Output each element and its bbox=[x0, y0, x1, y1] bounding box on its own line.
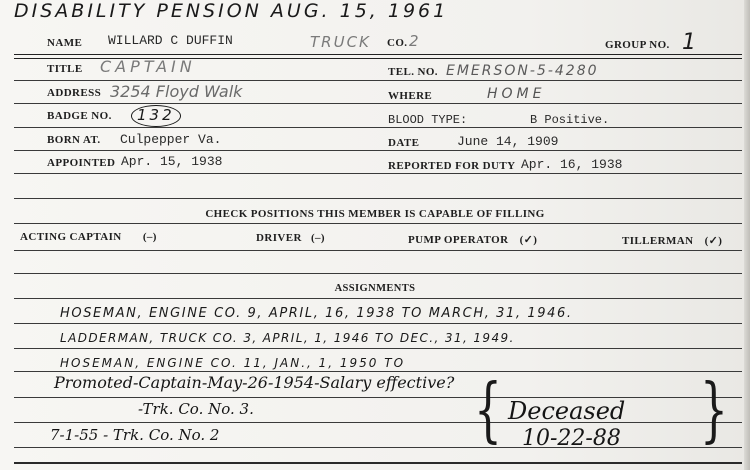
born-at-value: Culpepper Va. bbox=[120, 132, 221, 147]
assignment-entry: -Trk. Co. No. 3. bbox=[138, 400, 254, 418]
address-value: 3254 Floyd Walk bbox=[110, 82, 242, 101]
rule bbox=[14, 348, 742, 349]
rule bbox=[14, 371, 742, 372]
date-label: DATE bbox=[388, 137, 419, 149]
position-label: DRIVER bbox=[256, 232, 302, 244]
company-label: CO. bbox=[387, 37, 407, 49]
company-unit-value: TRUCK bbox=[310, 33, 371, 51]
rule bbox=[14, 127, 742, 128]
position-acting-captain: ACTING CAPTAIN (–) bbox=[20, 231, 157, 243]
rule bbox=[14, 223, 742, 224]
badge-value: 132 bbox=[137, 106, 175, 124]
tel-label: TEL. NO. bbox=[388, 66, 438, 78]
appointed-label: APPOINTED bbox=[47, 157, 115, 169]
reported-value: Apr. 16, 1938 bbox=[521, 157, 622, 172]
group-label: GROUP NO. bbox=[605, 39, 670, 51]
position-check-mark: (–) bbox=[311, 232, 325, 244]
badge-label: BADGE NO. bbox=[47, 110, 112, 122]
reported-label: REPORTED FOR DUTY bbox=[388, 160, 515, 172]
rule bbox=[14, 447, 742, 448]
position-check-mark: (–) bbox=[143, 231, 157, 243]
rule bbox=[14, 80, 742, 81]
born-at-label: BORN AT. bbox=[47, 134, 101, 146]
position-label: TILLERMAN bbox=[622, 235, 693, 247]
position-label: PUMP OPERATOR bbox=[408, 234, 508, 246]
positions-heading: CHECK POSITIONS THIS MEMBER IS CAPABLE O… bbox=[0, 208, 750, 220]
rule bbox=[14, 198, 742, 199]
assignment-entry: HOSEMAN, ENGINE CO. 9, APRIL, 16, 1938 T… bbox=[60, 306, 573, 321]
assignments-heading: ASSIGNMENTS bbox=[0, 283, 750, 294]
deceased-date: 10-22-88 bbox=[522, 426, 621, 451]
address-label: ADDRESS bbox=[47, 87, 101, 99]
assignment-entry: HOSEMAN, ENGINE CO. 11, JAN., 1, 1950 TO bbox=[60, 356, 405, 370]
position-check-mark: (✓) bbox=[520, 234, 538, 246]
personnel-record-card: DISABILITY PENSION AUG. 15, 1961 NAME WI… bbox=[0, 0, 750, 470]
pension-annotation: DISABILITY PENSION AUG. 15, 1961 bbox=[14, 0, 448, 22]
appointed-value: Apr. 15, 1938 bbox=[121, 154, 222, 169]
rule bbox=[14, 173, 742, 174]
date-value: June 14, 1909 bbox=[457, 134, 558, 149]
position-check-mark: (✓) bbox=[705, 235, 723, 247]
title-value: CAPTAIN bbox=[100, 57, 196, 76]
position-driver: DRIVER (–) bbox=[256, 232, 325, 244]
assignment-entry: 7-1-55 - Trk. Co. No. 2 bbox=[50, 426, 219, 444]
deceased-note: Deceased bbox=[508, 397, 625, 425]
where-value: HOME bbox=[487, 86, 545, 102]
position-pump-operator: PUMP OPERATOR (✓) bbox=[408, 233, 537, 246]
rule bbox=[14, 298, 742, 299]
name-label: NAME bbox=[47, 37, 82, 49]
rule bbox=[14, 397, 742, 398]
blood-type-label: BLOOD TYPE: bbox=[388, 113, 467, 127]
assignment-entry: Promoted-Captain-May-26-1954-Salary effe… bbox=[54, 373, 454, 392]
card-edge bbox=[744, 0, 750, 470]
assignment-entry: LADDERMAN, TRUCK CO. 3, APRIL, 1, 1946 T… bbox=[60, 331, 515, 345]
rule bbox=[14, 250, 742, 251]
left-brace-mark: { bbox=[474, 370, 502, 452]
rule bbox=[14, 462, 742, 464]
position-label: ACTING CAPTAIN bbox=[20, 231, 122, 243]
where-label: WHERE bbox=[388, 90, 432, 102]
blood-type-value: B Positive. bbox=[530, 113, 609, 127]
title-label: TITLE bbox=[47, 63, 83, 75]
rule bbox=[14, 150, 742, 151]
position-tillerman: TILLERMAN (✓) bbox=[622, 234, 722, 247]
name-value: WILLARD C DUFFIN bbox=[108, 33, 233, 48]
company-value: 2 bbox=[409, 32, 419, 50]
tel-value: EMERSON-5-4280 bbox=[446, 63, 599, 79]
rule bbox=[14, 422, 742, 423]
rule bbox=[14, 103, 742, 104]
rule bbox=[14, 273, 742, 274]
rule bbox=[14, 323, 742, 324]
group-value: 1 bbox=[682, 30, 696, 55]
right-brace-mark: } bbox=[700, 370, 728, 452]
